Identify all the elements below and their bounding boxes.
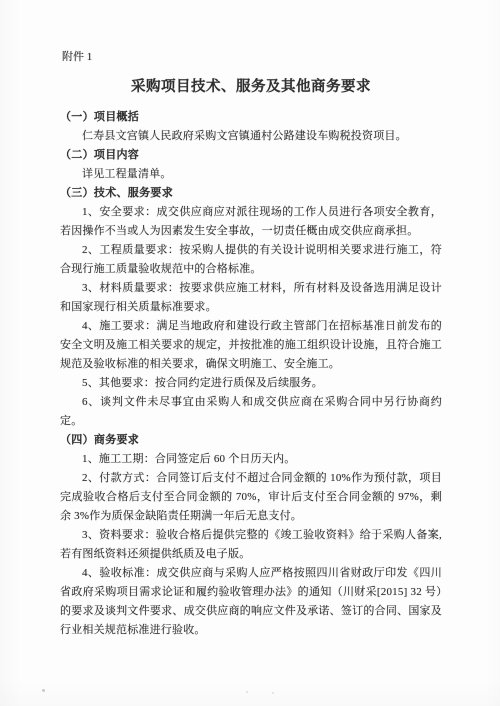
- paragraph: 2、工程质量要求：按采购人提供的有关设计说明相关要求进行施工，符合现行施工质量验…: [60, 241, 442, 279]
- scanned-document-page: 附件 1 采购项目技术、服务及其他商务要求 （一）项目概括 仁寿县文宫镇人民政府…: [0, 0, 500, 706]
- scan-speck: [42, 689, 45, 692]
- paragraph: 3、材料质量要求：按要求供应施工材料，所有材料及设备选用满足设计和国家现行相关质…: [60, 279, 442, 317]
- paragraph: 6、谈判文件未尽事宜由采购人和成交供应商在采购合同中另行协商约定。: [60, 393, 442, 431]
- section-project-content: （二）项目内容 详见工程量清单。: [60, 146, 442, 184]
- scan-speck: [246, 691, 248, 693]
- document-title: 采购项目技术、服务及其他商务要求: [60, 76, 442, 98]
- paragraph: 1、安全要求：成交供应商应对派往现场的工作人员进行各项安全教育，若因操作不当或人…: [60, 203, 442, 241]
- section-heading: （一）项目概括: [60, 108, 442, 127]
- paragraph: 2、付款方式：合同签订后支付不超过合同金额的 10%作为预付款，项目完成验收合格…: [60, 469, 442, 526]
- section-heading: （二）项目内容: [60, 146, 442, 165]
- scan-speck: [272, 692, 274, 694]
- paragraph: 4、施工要求：满足当地政府和建设行政主管部门在招标基准日前发布的安全文明及施工相…: [60, 317, 442, 374]
- paragraph: 5、其他要求：按合同约定进行质保及后续服务。: [60, 374, 442, 393]
- paragraph: 仁寿县文宫镇人民政府采购文宫镇通村公路建设车购税投资项目。: [60, 127, 442, 146]
- section-heading: （四）商务要求: [60, 431, 442, 450]
- section-heading: （三）技术、服务要求: [60, 184, 442, 203]
- attachment-label: 附件 1: [62, 50, 442, 64]
- paragraph: 1、施工工期：合同签定后 60 个日历天内。: [60, 450, 442, 469]
- paragraph: 3、资料要求：验收合格后提供完整的《竣工验收资料》给于采购人备案,若有图纸资料还…: [60, 526, 442, 564]
- section-project-overview: （一）项目概括 仁寿县文宫镇人民政府采购文宫镇通村公路建设车购税投资项目。: [60, 108, 442, 146]
- section-tech-service-requirements: （三）技术、服务要求 1、安全要求：成交供应商应对派往现场的工作人员进行各项安全…: [60, 184, 442, 431]
- paragraph: 详见工程量清单。: [60, 165, 442, 184]
- document-content: 附件 1 采购项目技术、服务及其他商务要求 （一）项目概括 仁寿县文宫镇人民政府…: [60, 50, 442, 640]
- section-business-requirements: （四）商务要求 1、施工工期：合同签定后 60 个日历天内。 2、付款方式：合同…: [60, 431, 442, 640]
- paragraph: 4、验收标准：成交供应商与采购人应严格按照四川省财政厅印发《四川省政府采购项目需…: [60, 564, 442, 640]
